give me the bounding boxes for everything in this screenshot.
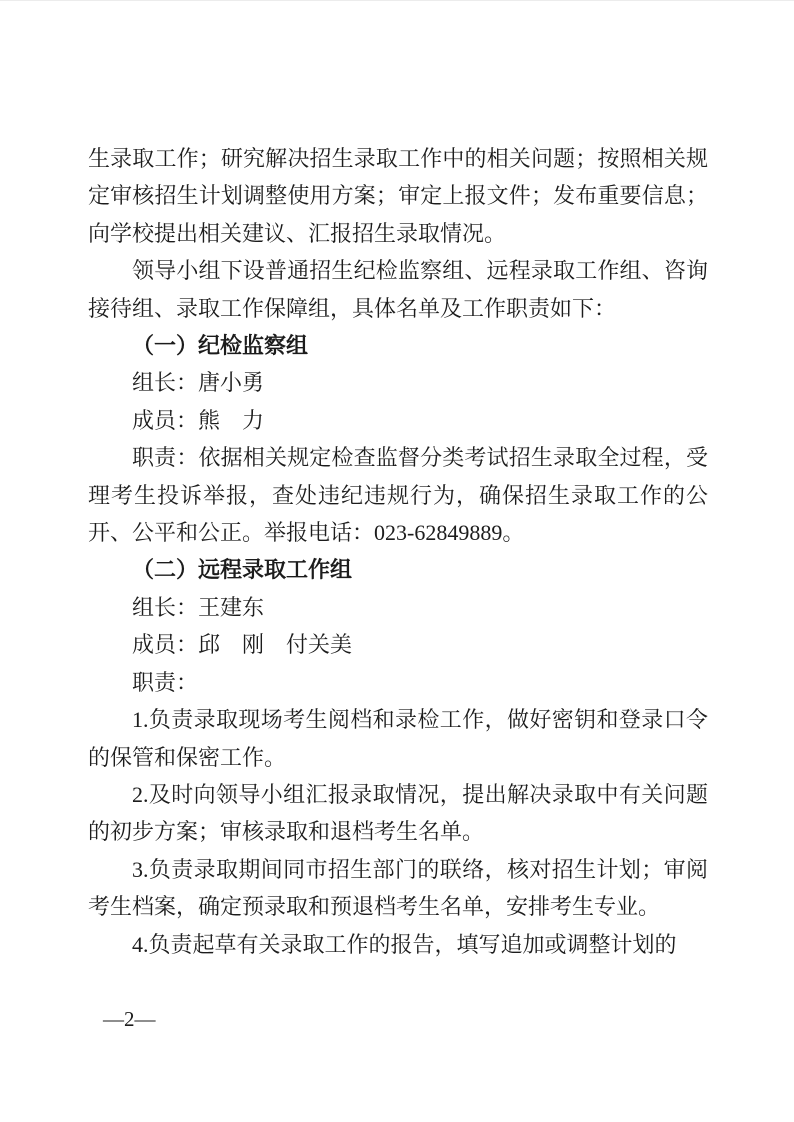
section-heading: （二）远程录取工作组 — [88, 551, 708, 588]
paragraph: 领导小组下设普通招生纪检监察组、远程录取工作组、咨询接待组、录取工作保障组，具体… — [88, 252, 708, 327]
document-page: 生录取工作；研究解决招生录取工作中的相关问题；按照相关规定审核招生计划调整使用方… — [0, 0, 794, 1122]
paragraph: 成员：邱 刚 付关美 — [88, 626, 708, 663]
paragraph: 成员：熊 力 — [88, 402, 708, 439]
section-heading: （一）纪检监察组 — [88, 327, 708, 364]
paragraph: 职责： — [88, 664, 708, 701]
document-body: 生录取工作；研究解决招生录取工作中的相关问题；按照相关规定审核招生计划调整使用方… — [88, 140, 708, 963]
page-top-edge — [0, 0, 794, 1]
paragraph: 4.负责起草有关录取工作的报告，填写追加或调整计划的 — [88, 926, 708, 963]
paragraph: 1.负责录取现场考生阅档和录检工作，做好密钥和登录口令的保管和保密工作。 — [88, 701, 708, 776]
paragraph: 职责：依据相关规定检查监督分类考试招生录取全过程，受理考生投诉举报，查处违纪违规… — [88, 439, 708, 551]
page-number: —2— — [103, 1004, 156, 1034]
paragraph: 2.及时向领导小组汇报录取情况，提出解决录取中有关问题的初步方案；审核录取和退档… — [88, 776, 708, 851]
paragraph: 组长：王建东 — [88, 589, 708, 626]
paragraph: 生录取工作；研究解决招生录取工作中的相关问题；按照相关规定审核招生计划调整使用方… — [88, 140, 708, 252]
paragraph: 3.负责录取期间同市招生部门的联络，核对招生计划；审阅考生档案，确定预录取和预退… — [88, 851, 708, 926]
paragraph: 组长：唐小勇 — [88, 364, 708, 401]
